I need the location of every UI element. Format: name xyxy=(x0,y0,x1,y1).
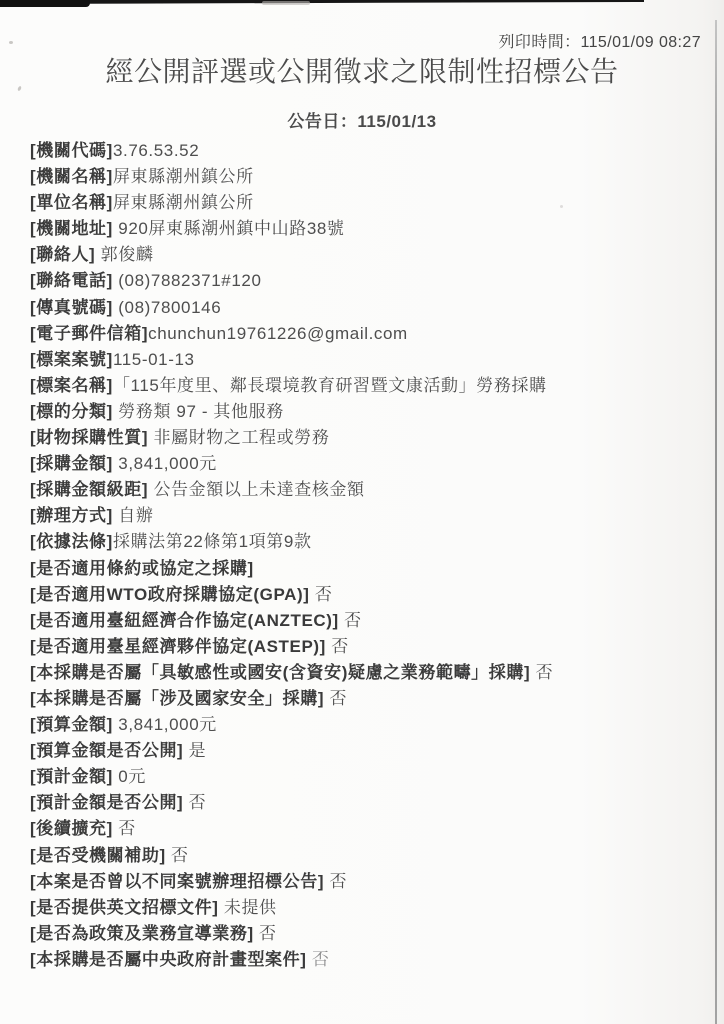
scan-smudge xyxy=(262,1,310,5)
field-label: [是否受機關補助] xyxy=(30,846,166,865)
field-value: 否 xyxy=(310,585,333,604)
scan-edge-right-line xyxy=(715,20,717,1024)
field-label: [電子郵件信箱] xyxy=(30,324,148,343)
field-row: [本採購是否屬「具敏感性或國安(含資安)疑慮之業務範疇」採購] 否 xyxy=(30,660,714,686)
field-value: 屏東縣潮州鎮公所 xyxy=(113,167,254,186)
announce-date-text: 公告日：115/01/13 xyxy=(0,107,724,132)
field-label: [聯絡電話] xyxy=(30,271,113,290)
field-label: [本案是否曾以不同案號辦理招標公告] xyxy=(30,872,324,891)
field-label: [本採購是否屬「涉及國家安全」採購] xyxy=(30,689,324,708)
page-title: 經公開評選或公開徵求之限制性招標公告 xyxy=(0,50,724,90)
field-row: [預計金額是否公開] 否 xyxy=(30,790,714,816)
field-row: [電子郵件信箱]chunchun19761226@gmail.com xyxy=(30,321,714,347)
field-label: [機關名稱] xyxy=(30,167,113,186)
field-label: [標的分類] xyxy=(30,402,113,421)
scan-edge-top-left xyxy=(0,0,90,7)
field-row: [採購金額] 3,841,000元 xyxy=(30,451,714,477)
field-label: [是否適用WTO政府採購協定(GPA)] xyxy=(30,585,310,604)
field-label: [預算金額是否公開] xyxy=(30,741,183,760)
field-row: [傳真號碼] (08)7800146 xyxy=(30,295,714,321)
document-page: 列印時間：115/01/09 08:27 經公開評選或公開徵求之限制性招標公告 … xyxy=(0,0,724,1024)
field-value: 否 xyxy=(183,793,206,812)
field-row: [機關代碼]3.76.53.52 xyxy=(30,138,714,164)
field-row: [聯絡人] 郭俊麟 xyxy=(30,242,714,268)
field-row: [後續擴充] 否 xyxy=(30,816,714,842)
field-value: 否 xyxy=(307,950,330,969)
field-row: [是否適用條約或協定之採購] xyxy=(30,556,714,582)
field-label: [本採購是否屬「具敏感性或國安(含資安)疑慮之業務範疇」採購] xyxy=(30,663,530,682)
scan-edge-top xyxy=(0,0,644,4)
field-label: [後續擴充] xyxy=(30,819,113,838)
field-row: [機關地址] 920屏東縣潮州鎮中山路38號 xyxy=(30,216,714,242)
field-row: [標案名稱]「115年度里、鄰長環境教育研習暨文康活動」勞務採購 xyxy=(30,373,714,399)
field-value: 否 xyxy=(324,689,347,708)
field-row: [依據法條]採購法第22條第1項第9款 xyxy=(30,529,714,555)
field-value: 未提供 xyxy=(219,898,277,917)
fields-list: [機關代碼]3.76.53.52[機關名稱]屏東縣潮州鎮公所[單位名稱]屏東縣潮… xyxy=(30,138,714,973)
field-row: [本採購是否屬「涉及國家安全」採購] 否 xyxy=(30,686,714,712)
field-row: [標案案號]115-01-13 xyxy=(30,347,714,373)
field-row: [本採購是否屬中央政府計畫型案件] 否 xyxy=(30,947,714,973)
field-row: [是否適用臺紐經濟合作協定(ANZTEC)] 否 xyxy=(30,608,714,634)
field-label: [是否提供英文招標文件] xyxy=(30,898,219,917)
field-value: 採購法第22條第1項第9款 xyxy=(113,532,312,551)
field-value: 否 xyxy=(326,637,349,656)
field-row: [機關名稱]屏東縣潮州鎮公所 xyxy=(30,164,714,190)
field-row: [採購金額級距] 公告金額以上未達查核金額 xyxy=(30,477,714,503)
field-value: 3,841,000元 xyxy=(113,715,217,734)
field-label: [採購金額] xyxy=(30,454,113,473)
field-row: [是否適用WTO政府採購協定(GPA)] 否 xyxy=(30,582,714,608)
field-row: [預計金額] 0元 xyxy=(30,764,714,790)
field-label: [是否適用臺紐經濟合作協定(ANZTEC)] xyxy=(30,611,339,630)
field-label: [標案案號] xyxy=(30,350,113,369)
field-value: 115-01-13 xyxy=(113,350,195,369)
field-label: [本採購是否屬中央政府計畫型案件] xyxy=(30,950,307,969)
field-value: 920屏東縣潮州鎮中山路38號 xyxy=(113,219,345,238)
field-row: [本案是否曾以不同案號辦理招標公告] 否 xyxy=(30,869,714,895)
field-label: [傳真號碼] xyxy=(30,298,113,317)
field-value: 屏東縣潮州鎮公所 xyxy=(113,193,254,212)
field-label: [單位名稱] xyxy=(30,193,113,212)
field-row: [是否提供英文招標文件] 未提供 xyxy=(30,895,714,921)
print-time-text: 列印時間：115/01/09 08:27 xyxy=(499,29,701,52)
field-row: [預算金額是否公開] 是 xyxy=(30,738,714,764)
field-value: 否 xyxy=(530,663,553,682)
field-value: 否 xyxy=(339,611,362,630)
field-value: 郭俊麟 xyxy=(95,245,153,264)
field-row: [聯絡電話] (08)7882371#120 xyxy=(30,268,714,294)
field-value: 3,841,000元 xyxy=(113,454,217,473)
field-value: 否 xyxy=(324,872,347,891)
field-label: [預計金額] xyxy=(30,767,113,786)
field-label: [預計金額是否公開] xyxy=(30,793,183,812)
field-value: chunchun19761226@gmail.com xyxy=(148,324,408,343)
field-value: 否 xyxy=(254,924,277,943)
field-value: 0元 xyxy=(113,767,146,786)
field-value: 否 xyxy=(166,846,189,865)
field-row: [是否為政策及業務宣導業務] 否 xyxy=(30,921,714,947)
field-row: [辦理方式] 自辦 xyxy=(30,503,714,529)
field-value: 「115年度里、鄰長環境教育研習暨文康活動」勞務採購 xyxy=(113,376,547,395)
field-row: [是否適用臺星經濟夥伴協定(ASTEP)] 否 xyxy=(30,634,714,660)
field-label: [採購金額級距] xyxy=(30,480,148,499)
field-label: [是否適用條約或協定之採購] xyxy=(30,559,254,578)
field-label: [預算金額] xyxy=(30,715,113,734)
field-value: 3.76.53.52 xyxy=(113,141,199,160)
field-value: (08)7882371#120 xyxy=(113,271,262,290)
field-value: 勞務類 97 - 其他服務 xyxy=(113,402,284,421)
field-row: [單位名稱]屏東縣潮州鎮公所 xyxy=(30,190,714,216)
field-value: (08)7800146 xyxy=(113,298,221,317)
field-row: [預算金額] 3,841,000元 xyxy=(30,712,714,738)
field-label: [聯絡人] xyxy=(30,245,95,264)
field-value: 是 xyxy=(183,741,206,760)
field-label: [財物採購性質] xyxy=(30,428,148,447)
field-label: [機關代碼] xyxy=(30,141,113,160)
field-value: 否 xyxy=(113,819,136,838)
field-label: [機關地址] xyxy=(30,219,113,238)
field-label: [是否適用臺星經濟夥伴協定(ASTEP)] xyxy=(30,637,326,656)
field-value: 公告金額以上未達查核金額 xyxy=(148,480,365,499)
field-label: [標案名稱] xyxy=(30,376,113,395)
field-row: [財物採購性質] 非屬財物之工程或勞務 xyxy=(30,425,714,451)
field-label: [是否為政策及業務宣導業務] xyxy=(30,924,254,943)
field-label: [依據法條] xyxy=(30,532,113,551)
field-row: [是否受機關補助] 否 xyxy=(30,843,714,869)
field-row: [標的分類] 勞務類 97 - 其他服務 xyxy=(30,399,714,425)
scan-speck xyxy=(9,41,13,44)
field-label: [辦理方式] xyxy=(30,506,113,525)
field-value: 自辦 xyxy=(113,506,154,525)
field-value: 非屬財物之工程或勞務 xyxy=(148,428,329,447)
